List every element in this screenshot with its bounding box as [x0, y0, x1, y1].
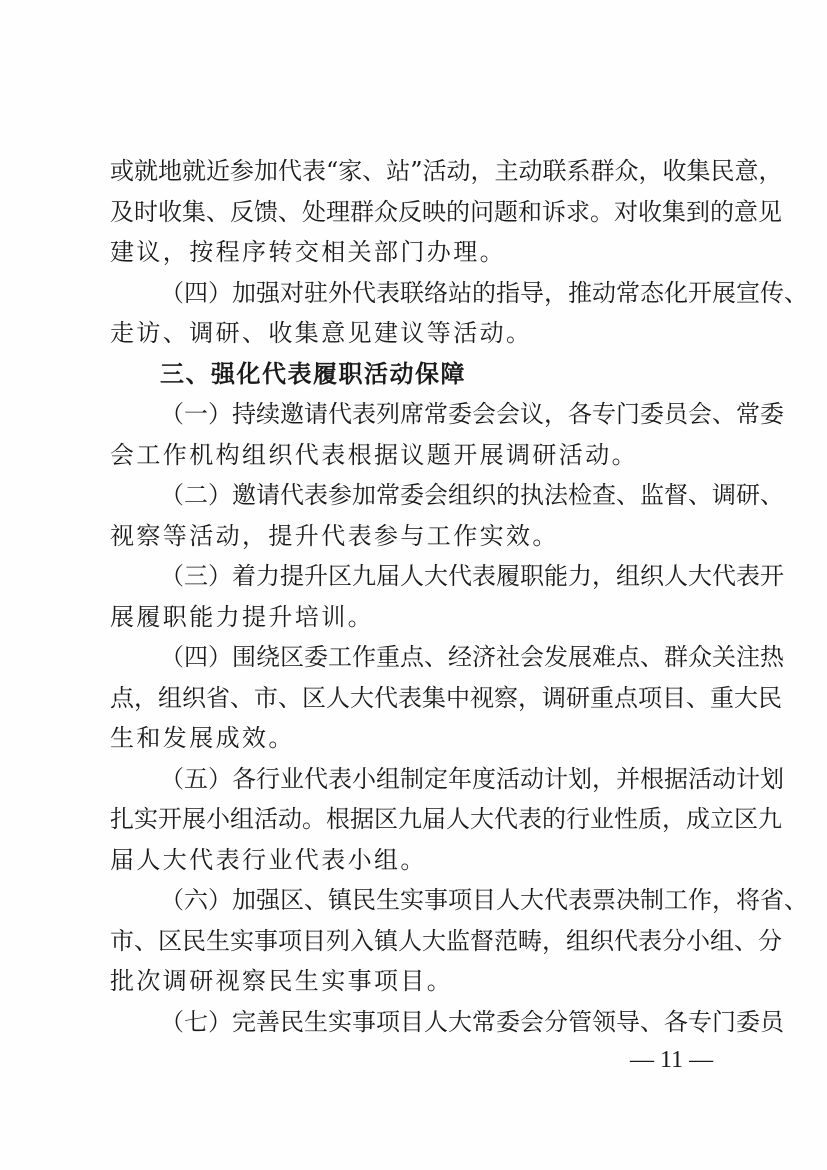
paragraph-line: 会工作机构组织代表根据议题开展调研活动。: [110, 440, 722, 470]
paragraph-line: 建议，按程序转交相关部门办理。: [110, 237, 722, 267]
paragraph-line: 市、区民生实事项目列入镇人大监督范畴，组织代表分小组、分: [110, 926, 722, 956]
paragraph-line: （二）邀请代表参加常委会组织的执法检查、监督、调研、: [160, 480, 722, 510]
page-number: — 11 —: [630, 1047, 713, 1074]
paragraph-line: （四）加强对驻外代表联络站的指导，推动常态化开展宣传、: [160, 278, 722, 308]
paragraph-line: 走访、调研、收集意见建议等活动。: [110, 318, 722, 348]
paragraph-line: 及时收集、反馈、处理群众反映的问题和诉求。对收集到的意见: [110, 197, 722, 227]
paragraph-line: 或就地就近参加代表“家、站”活动，主动联系群众，收集民意，: [110, 156, 722, 186]
paragraph-line: 批次调研视察民生实事项目。: [110, 966, 722, 996]
document-page: 或就地就近参加代表“家、站”活动，主动联系群众，收集民意， 及时收集、反馈、处理…: [0, 0, 827, 1170]
paragraph-line: （三）着力提升区九届人大代表履职能力，组织人大代表开: [160, 561, 722, 591]
paragraph-line: 点，组织省、市、区人大代表集中视察，调研重点项目、重大民: [110, 683, 722, 713]
paragraph-line: （五）各行业代表小组制定年度活动计划，并根据活动计划: [160, 764, 722, 794]
paragraph-line: 扎实开展小组活动。根据区九届人大代表的行业性质，成立区九: [110, 804, 722, 834]
section-heading: 三、强化代表履职活动保障: [160, 359, 722, 389]
paragraph-line: （一）持续邀请代表列席常委会会议，各专门委员会、常委: [160, 399, 722, 429]
paragraph-line: 届人大代表行业代表小组。: [110, 845, 722, 875]
paragraph-line: （四）围绕区委工作重点、经济社会发展难点、群众关注热: [160, 642, 722, 672]
paragraph-line: 视察等活动，提升代表参与工作实效。: [110, 521, 722, 551]
paragraph-line: （七）完善民生实事项目人大常委会分管领导、各专门委员: [160, 1007, 722, 1037]
paragraph-line: 生和发展成效。: [110, 723, 722, 753]
paragraph-line: （六）加强区、镇民生实事项目人大代表票决制工作，将省、: [160, 885, 722, 915]
paragraph-line: 展履职能力提升培训。: [110, 602, 722, 632]
